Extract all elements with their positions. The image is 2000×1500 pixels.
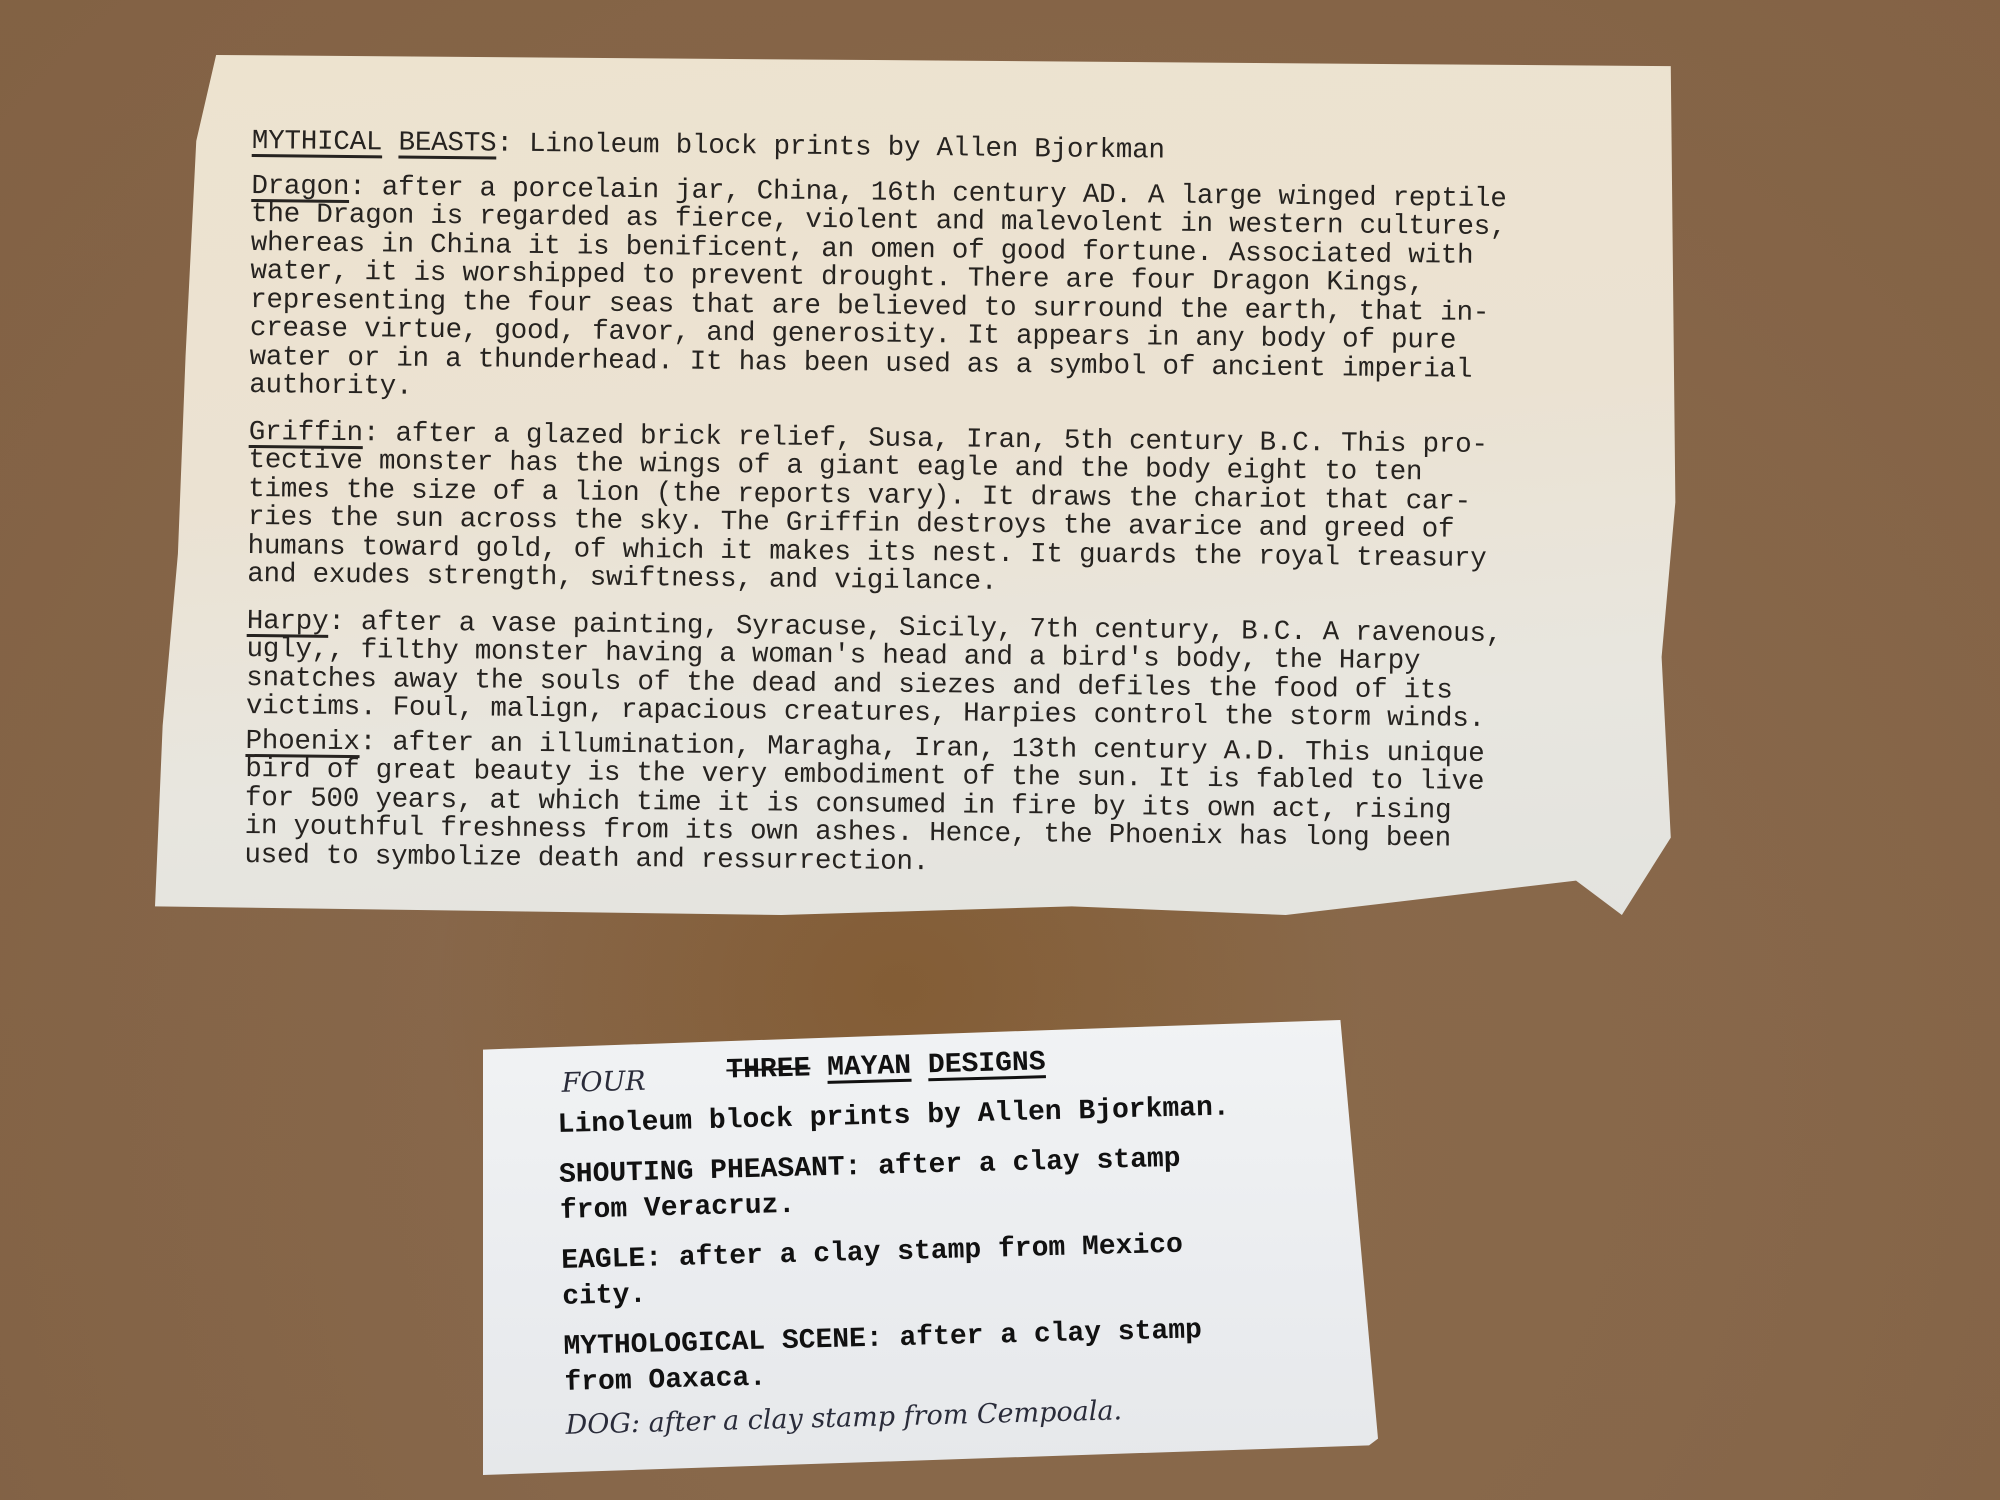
mythical-beasts-text: MYTHICAL BEASTS: Linoleum block prints b… — [244, 128, 1652, 903]
entry-text: : after a vase painting, Syracuse, Sicil… — [246, 606, 1502, 735]
mayan-designs-text: FOUR THREE MAYAN DESIGNS Linoleum block … — [556, 1037, 1386, 1444]
entry-name: Griffin — [249, 416, 363, 448]
struck-count: THREE — [726, 1053, 811, 1086]
entry-name: Phoenix — [245, 725, 359, 757]
heading-word-2: DESIGNS — [928, 1047, 1046, 1081]
heading-word-1: MAYAN — [827, 1051, 912, 1084]
entry-harpy: Harpy: after a vase painting, Syracuse, … — [246, 607, 1647, 736]
title-rest: : Linoleum block prints by Allen Bjorkma… — [496, 129, 1165, 167]
entry-name: Dragon — [251, 170, 349, 202]
entry-griffin: Griffin: after a glazed brick relief, Su… — [247, 418, 1649, 604]
handwritten-count: FOUR — [561, 1064, 646, 1102]
entry-phoenix: Phoenix: after an illumination, Maragha,… — [244, 727, 1645, 884]
title-underlined-2: BEASTS — [398, 128, 496, 160]
entry-name: Harpy — [247, 605, 329, 637]
title-underlined-1: MYTHICAL — [252, 126, 383, 158]
entry-text: : after an illumination, Maragha, Iran, … — [244, 727, 1484, 878]
entry-dragon: Dragon: after a porcelain jar, China, 16… — [249, 172, 1651, 415]
entry-text: : after a porcelain jar, China, 16th cen… — [249, 172, 1507, 403]
entry-text: : after a glazed brick relief, Susa, Ira… — [247, 418, 1488, 598]
